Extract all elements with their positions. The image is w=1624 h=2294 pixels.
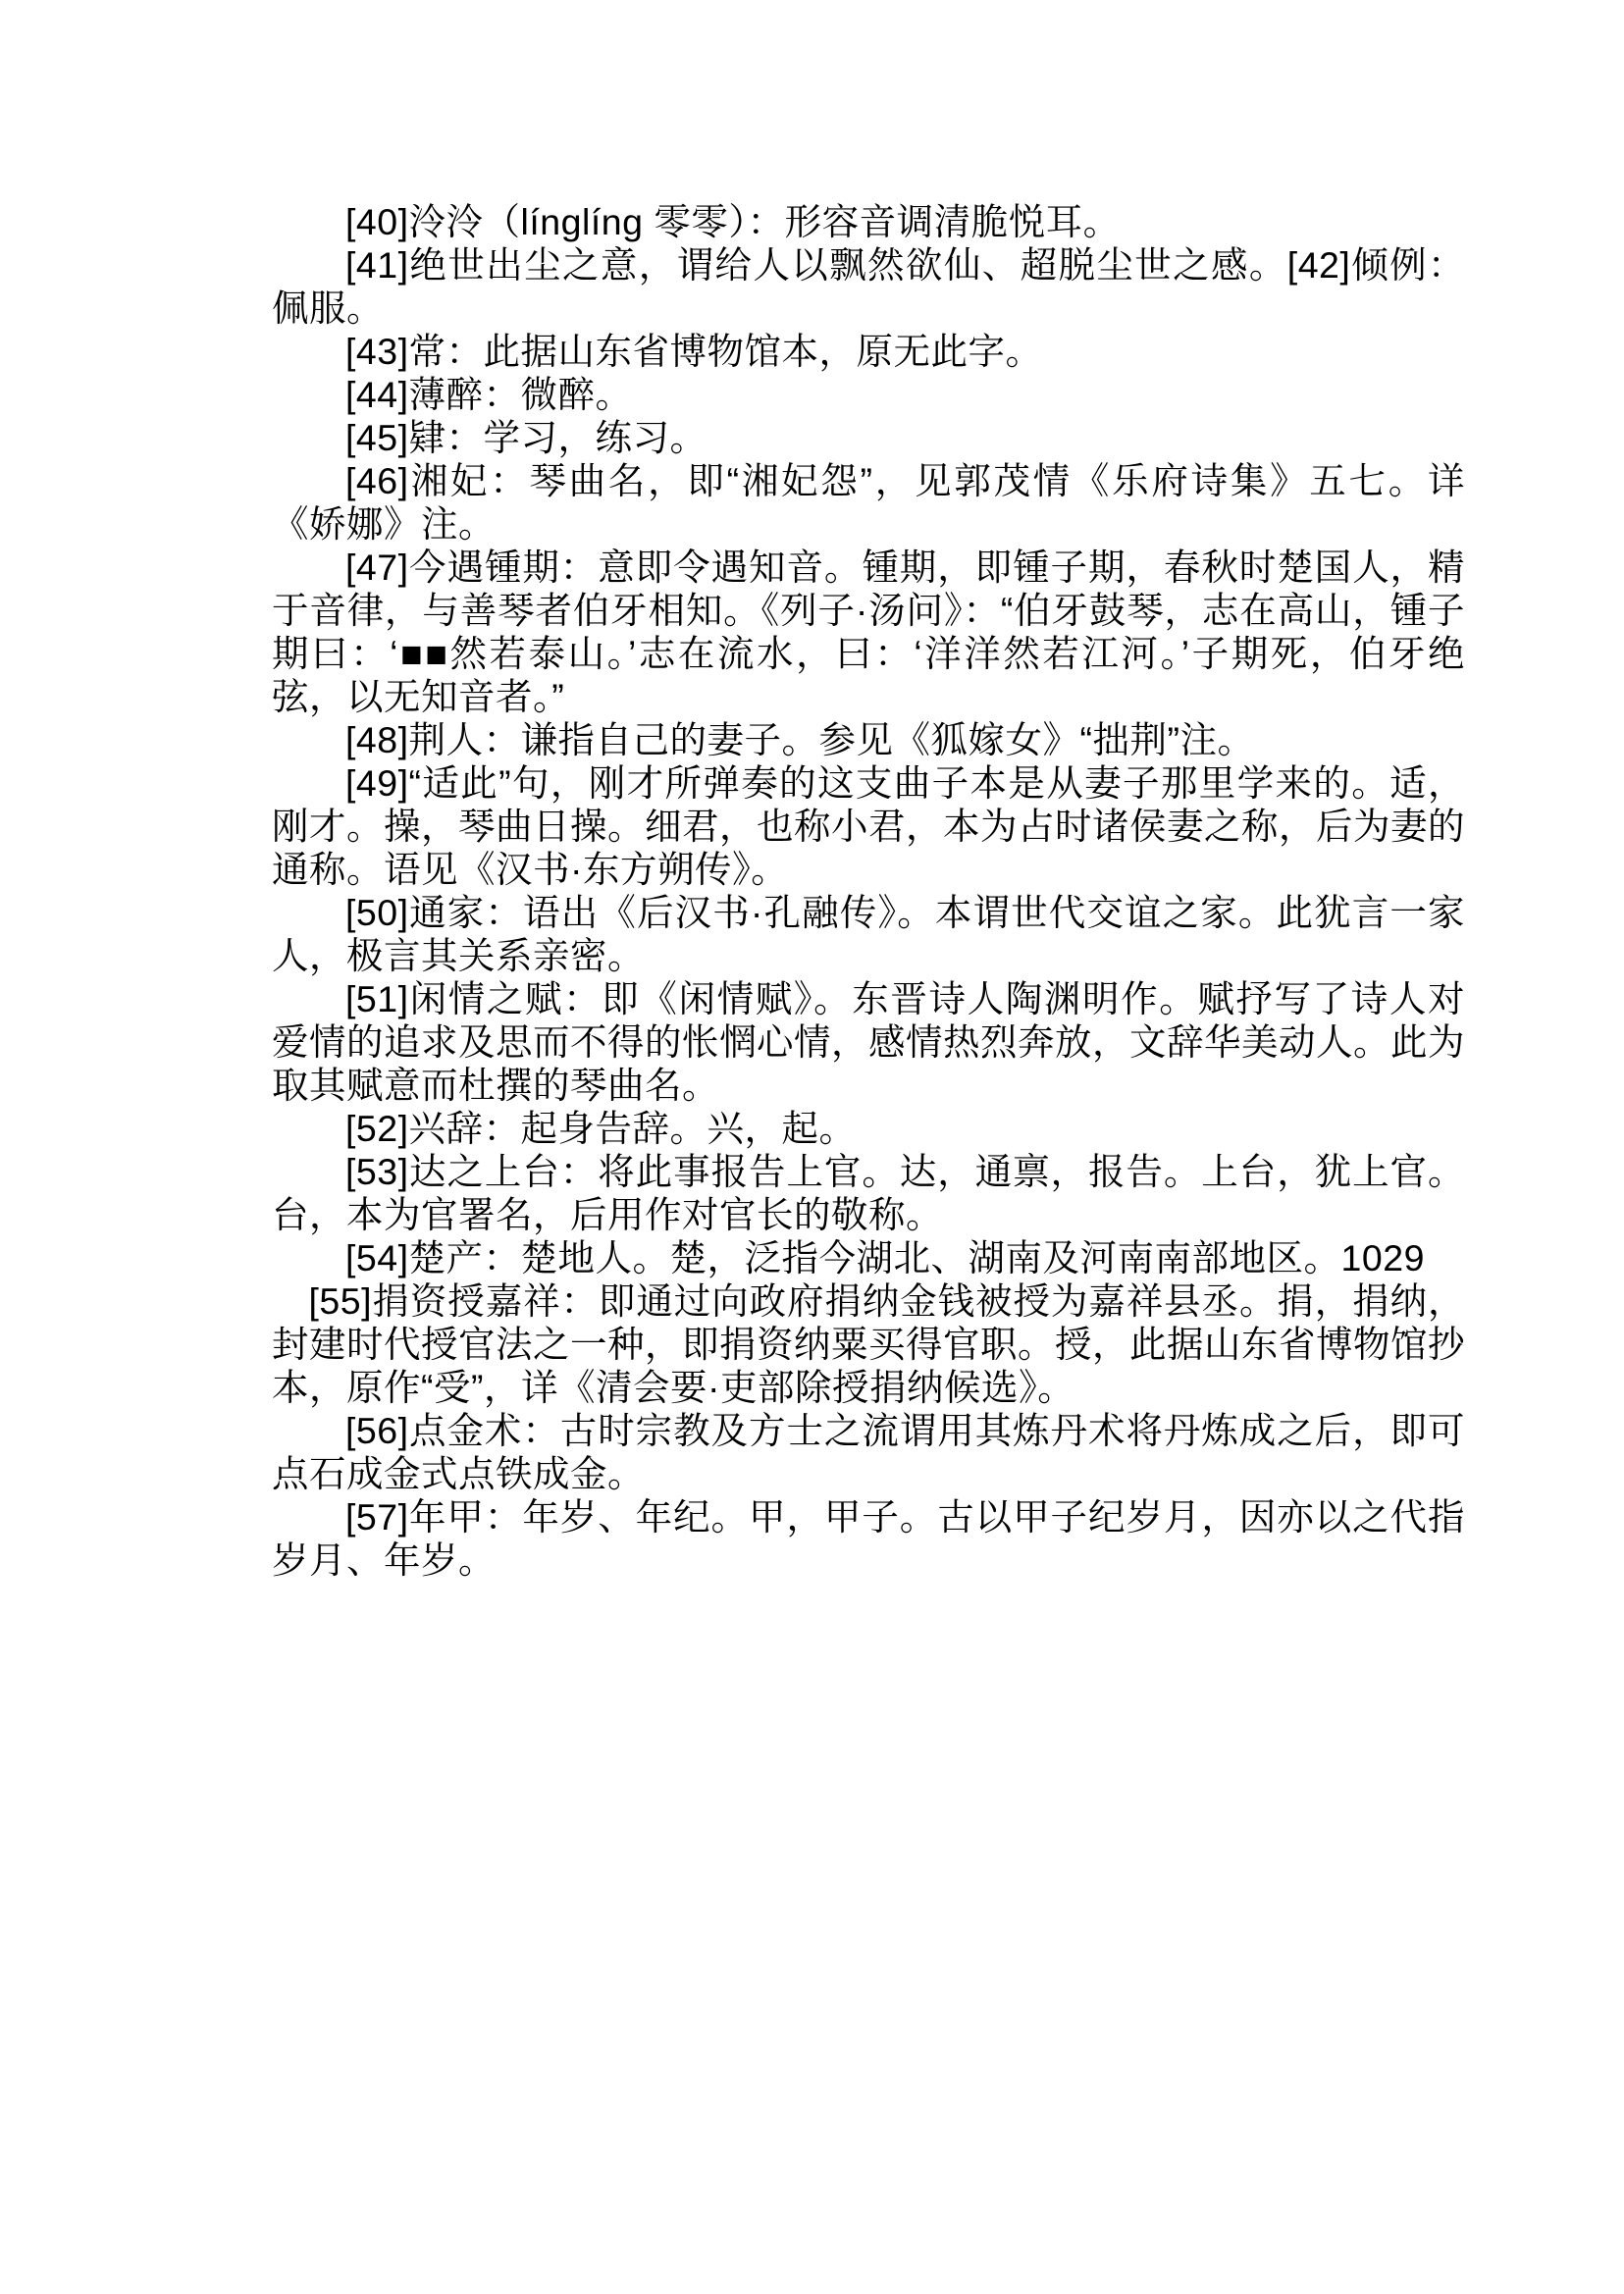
footnotes-text-block: [40]泠泠（línglíng 零零）：形容音调清脆悦耳。 [41]绝世出尘之意… xyxy=(272,200,1465,1582)
footnote-43: [43]常：此据山东省博物馆本，原无此字。 xyxy=(272,330,1465,373)
footnote-54: [54]楚产：楚地人。楚，泛指今湖北、湖南及河南南部地区。1029 xyxy=(272,1236,1465,1279)
footnote-51: [51]闲情之赋：即《闲情赋》。东晋诗人陶渊明作。赋抒写了诗人对爱情的追求及思而… xyxy=(272,977,1465,1107)
footnote-56: [56]点金术：古时宗教及方士之流谓用其炼丹术将丹炼成之后，即可点石成金式点铁成… xyxy=(272,1409,1465,1495)
footnote-40: [40]泠泠（línglíng 零零）：形容音调清脆悦耳。 xyxy=(272,200,1465,243)
footnote-50: [50]通家：语出《后汉书·孔融传》。本谓世代交谊之家。此犹言一家人，极言其关系… xyxy=(272,891,1465,977)
footnote-53: [53]达之上台：将此事报告上官。达，通禀，报告。上台，犹上官。台，本为官署名，… xyxy=(272,1150,1465,1236)
footnote-45: [45]肄：学习，练习。 xyxy=(272,416,1465,459)
footnote-49: [49]“适此”句，刚才所弹奏的这支曲子本是从妻子那里学来的。适，刚才。操，琴曲… xyxy=(272,761,1465,891)
footnote-47: [47]今遇锺期：意即令遇知音。锺期，即锺子期，春秋时楚国人，精于音律，与善琴者… xyxy=(272,546,1465,718)
footnote-46: [46]湘妃：琴曲名，即“湘妃怨”，见郭茂情《乐府诗集》五七。详《娇娜》注。 xyxy=(272,459,1465,546)
footnote-41-42: [41]绝世出尘之意，谓给人以飘然欲仙、超脱尘世之感。[42]倾例：佩服。 xyxy=(272,243,1465,330)
book-page: [40]泠泠（línglíng 零零）：形容音调清脆悦耳。 [41]绝世出尘之意… xyxy=(0,0,1624,2294)
footnote-48: [48]荆人：谦指自己的妻子。参见《狐嫁女》“拙荆”注。 xyxy=(272,718,1465,761)
footnote-57: [57]年甲：年岁、年纪。甲，甲子。古以甲子纪岁月，因亦以之代指岁月、年岁。 xyxy=(272,1495,1465,1582)
footnote-52: [52]兴辞：起身告辞。兴，起。 xyxy=(272,1107,1465,1150)
footnote-44: [44]薄醉：微醉。 xyxy=(272,373,1465,416)
footnote-55: [55]捐资授嘉祥：即通过向政府捐纳金钱被授为嘉祥县丞。捐，捐纳，封建时代授官法… xyxy=(272,1279,1465,1409)
